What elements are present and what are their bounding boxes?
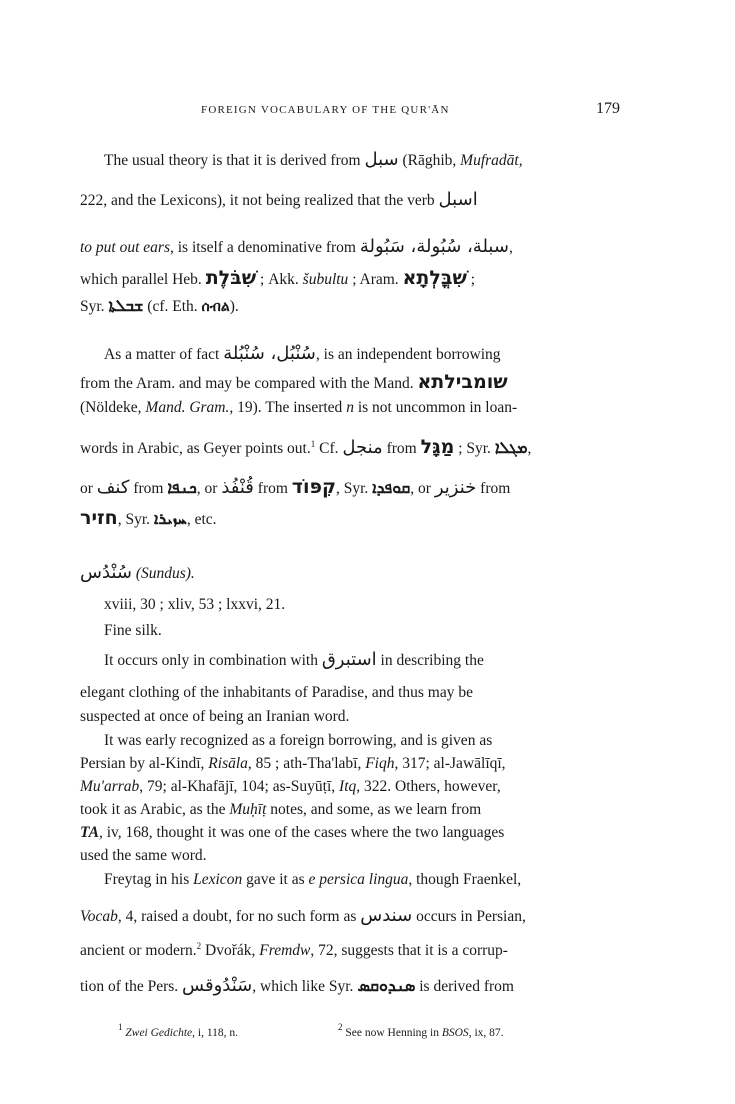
text: It occurs only in combination with xyxy=(104,652,322,669)
text: 222, and the Lexicons), it not being rea… xyxy=(80,192,439,209)
arabic-word: كنف xyxy=(97,477,130,498)
p2-line-6: חזיר, Syr. ܚܙܝܪܐ, etc. xyxy=(80,508,217,530)
p2-line-3: (Nöldeke, Mand. Gram., 19). The inserted… xyxy=(80,398,517,418)
italic-citation: BSOS xyxy=(442,1027,469,1039)
arabic-word: سندس xyxy=(360,905,412,926)
italic-citation: Muḥīṭ xyxy=(229,801,266,818)
arabic-word: سبلة، سُبُولة، سَبُولة xyxy=(360,236,509,257)
entry-headword-arabic: سُنْدُس xyxy=(80,562,132,583)
p4-line-1: It was early recognized as a foreign bor… xyxy=(104,731,492,751)
text: , 4, raised a doubt, for no such form as xyxy=(118,908,360,925)
text: The usual theory is that it is derived f… xyxy=(104,152,364,169)
entry-headword-transliteration: (Sundus). xyxy=(136,565,195,582)
arabic-word: قُنْفُذ xyxy=(221,477,254,498)
mandaic-word: שומבילתא xyxy=(417,371,507,393)
italic-citation: Mufradāt, xyxy=(460,152,522,169)
p5-line-3: ancient or modern.2 Dvořák, Fremdw, 72, … xyxy=(80,941,508,961)
p5-line-2: Vocab, 4, raised a doubt, for no such fo… xyxy=(80,906,526,927)
text: , though Fraenkel, xyxy=(408,871,521,888)
text: notes, and some, as we learn from xyxy=(266,801,481,818)
text: ; Syr. xyxy=(454,440,494,457)
italic-citation: Risāla xyxy=(208,755,248,772)
text: from xyxy=(129,480,167,497)
italic-citation: Zwei Gedichte xyxy=(125,1027,192,1039)
text: Freytag in his xyxy=(104,871,193,888)
p3-line-2: elegant clothing of the inhabitants of P… xyxy=(80,683,473,703)
text: , i, 118, n. xyxy=(192,1027,238,1039)
arabic-word: استبرق xyxy=(322,649,377,670)
italic-gloss: to put out ears xyxy=(80,239,170,256)
text: which parallel Heb. xyxy=(80,271,206,288)
p1-line-3: to put out ears, is itself a denominativ… xyxy=(80,237,513,258)
text: ). xyxy=(230,298,239,315)
p2-line-1: As a matter of fact سُنْبُل، سُنْبُلة, i… xyxy=(104,344,501,365)
syriac-word: ܩܘܦܕܐ xyxy=(372,478,410,497)
text: words in Arabic, as Geyer points out. xyxy=(80,440,311,457)
italic-word: šubultu xyxy=(303,271,349,288)
italic-citation: Lexicon xyxy=(193,871,242,888)
text: is derived from xyxy=(415,978,514,995)
italic-citation: Mu'arrab xyxy=(80,778,139,795)
italic-citation: Vocab xyxy=(80,908,118,925)
text: , is an independent borrowing xyxy=(316,346,501,363)
text: ; Aram. xyxy=(348,271,402,288)
text: in describing the xyxy=(377,652,484,669)
text: ; Akk. xyxy=(256,271,303,288)
p4-line-5: TA, iv, 168, thought it was one of the c… xyxy=(80,823,504,843)
text: , or xyxy=(410,480,435,497)
aramaic-word: שִׁבֳּלְתָא xyxy=(403,267,467,289)
italic-letter: n xyxy=(346,399,354,416)
text: (Nöldeke, xyxy=(80,399,145,416)
italic-citation: Itq xyxy=(339,778,356,795)
text: or xyxy=(80,480,97,497)
arabic-word: منجل xyxy=(342,437,382,458)
text: Dvořák, xyxy=(201,942,259,959)
text: Persian by al-Kindī, xyxy=(80,755,208,772)
text: , 317; al-Jawālīqī, xyxy=(395,755,506,772)
arabic-word: اسبل xyxy=(439,189,478,210)
text: As a matter of fact xyxy=(104,346,223,363)
text: , 72, suggests that it is a corrup- xyxy=(310,942,508,959)
p1-line-1: The usual theory is that it is derived f… xyxy=(104,150,523,171)
italic-citation: Mand. Gram. xyxy=(145,399,229,416)
p3-line-3: suspected at once of being an Iranian wo… xyxy=(80,707,349,727)
hebrew-word: שִׁבֹּלֶת xyxy=(206,267,256,289)
p5-line-1: Freytag in his Lexicon gave it as e pers… xyxy=(104,870,521,890)
text: Cf. xyxy=(315,440,342,457)
syriac-word: ܣܢܕܘܩܣ xyxy=(357,976,415,995)
p3-line-1: It occurs only in combination with استبر… xyxy=(104,650,484,671)
text: gave it as xyxy=(242,871,308,888)
text: ancient or modern. xyxy=(80,942,197,959)
arabic-word: سُنْبُل، سُنْبُلة xyxy=(223,343,316,364)
p2-line-4: words in Arabic, as Geyer points out.1 C… xyxy=(80,437,531,459)
italic-phrase: e persica lingua xyxy=(309,871,409,888)
p5-line-4: tion of the Pers. سَنْدُوقس, which like … xyxy=(80,976,514,997)
arabic-word: خنزير xyxy=(435,477,476,498)
text: , etc. xyxy=(187,511,217,528)
running-header: FOREIGN VOCABULARY OF THE QUR'ĀN xyxy=(201,104,450,116)
text: , xyxy=(528,440,532,457)
hebrew-word: חזיר xyxy=(80,507,118,529)
text: , Syr. xyxy=(336,480,372,497)
p1-line-2: 222, and the Lexicons), it not being rea… xyxy=(80,190,478,211)
p4-line-2: Persian by al-Kindī, Risāla, 85 ; ath-Th… xyxy=(80,754,506,774)
p4-line-3: Mu'arrab, 79; al-Khafājī, 104; as-Suyūṭī… xyxy=(80,777,501,797)
syriac-word: ܚܙܝܪܐ xyxy=(154,509,187,528)
text: , Syr. xyxy=(118,511,154,528)
p2-line-5: or كنف from ܟܢܦܐ, or قُنْفُذ from קִפּוֹ… xyxy=(80,477,510,499)
text: from xyxy=(476,480,510,497)
text: Syr. xyxy=(80,298,108,315)
footnote-2: 2 See now Henning in BSOS, ix, 87. xyxy=(338,1027,504,1039)
p1-line-5: Syr. ܫܒܠܬܐ (cf. Eth. ሰብል). xyxy=(80,296,239,317)
syriac-word: ܟܢܦܐ xyxy=(167,478,196,497)
entry-gloss: Fine silk. xyxy=(104,621,162,641)
footnote-mark: 1 xyxy=(118,1022,123,1032)
entry-heading: سُنْدُس (Sundus). xyxy=(80,563,195,584)
text: (Rāghib, xyxy=(399,152,461,169)
ethiopic-word: ሰብል xyxy=(202,299,230,315)
italic-citation: Fremdw xyxy=(259,942,310,959)
text: , which like Syr. xyxy=(252,978,357,995)
italic-citation: TA xyxy=(80,824,99,841)
text: , xyxy=(509,239,513,256)
entry-references: xviii, 30 ; xliv, 53 ; lxxvi, 21. xyxy=(104,595,285,615)
text: , 19). The inserted xyxy=(229,399,346,416)
text: , iv, 168, thought it was one of the cas… xyxy=(99,824,504,841)
hebrew-word: מַגָּל xyxy=(421,436,455,458)
text: occurs in Persian, xyxy=(412,908,526,925)
text: , 79; al-Khafājī, 104; as-Suyūṭī, xyxy=(139,778,339,795)
text: , 85 ; ath-Tha'labī, xyxy=(248,755,365,772)
text: (cf. Eth. xyxy=(143,298,201,315)
text: , 322. Others, however, xyxy=(356,778,500,795)
syriac-word: ܫܒܠܬܐ xyxy=(108,296,143,315)
footnote-1: 1 Zwei Gedichte, i, 118, n. xyxy=(118,1027,238,1039)
p2-line-2: from the Aram. and may be compared with … xyxy=(80,372,508,394)
text: tion of the Pers. xyxy=(80,978,182,995)
text: from xyxy=(383,440,421,457)
arabic-word: سَنْدُوقس xyxy=(182,975,252,996)
page-number: 179 xyxy=(596,100,620,118)
text: See now Henning in xyxy=(343,1027,442,1039)
p4-line-6: used the same word. xyxy=(80,846,207,866)
text: , or xyxy=(197,480,222,497)
syriac-word: ܡܓܠܐ xyxy=(495,438,528,457)
hebrew-word: קִפּוֹד xyxy=(292,476,336,498)
italic-citation: Fiqh xyxy=(365,755,394,772)
text: , ix, 87. xyxy=(469,1027,504,1039)
p1-line-4: which parallel Heb. שִׁבֹּלֶת ; Akk. šub… xyxy=(80,268,475,290)
arabic-word: سبل xyxy=(364,149,398,170)
text: from the Aram. and may be compared with … xyxy=(80,375,417,392)
text: , is itself a denominative from xyxy=(170,239,360,256)
text: took it as Arabic, as the xyxy=(80,801,229,818)
text: from xyxy=(254,480,292,497)
p4-line-4: took it as Arabic, as the Muḥīṭ notes, a… xyxy=(80,800,481,820)
text: is not uncommon in loan- xyxy=(354,399,517,416)
text: ; xyxy=(467,271,475,288)
